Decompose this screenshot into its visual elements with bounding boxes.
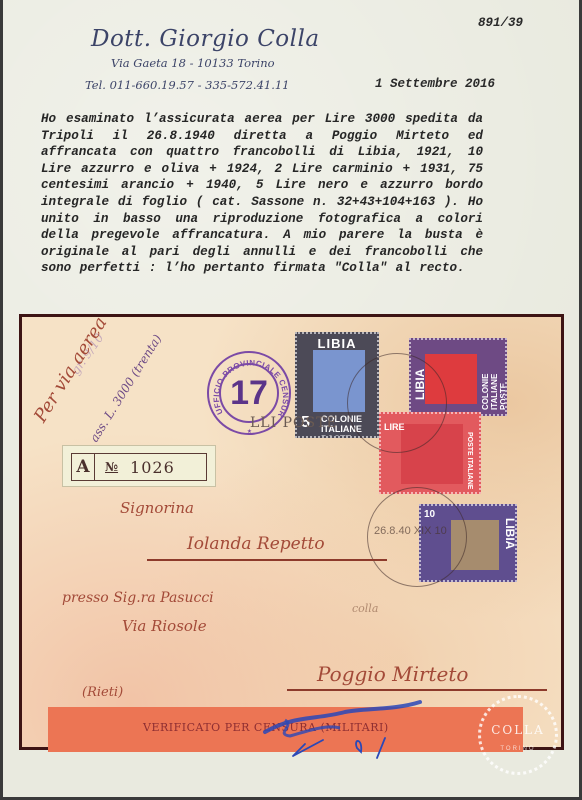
- expert-signature: [255, 690, 455, 790]
- registration-label: A № 1026: [62, 445, 216, 487]
- registration-letter: A: [72, 454, 95, 480]
- recipient-name: Iolanda Repetto: [187, 534, 325, 554]
- street: Via Riosole: [122, 617, 207, 635]
- salutation: Signorina: [120, 499, 194, 517]
- censor-number: 17: [219, 363, 279, 423]
- certificate-text: Ho esaminato l’assicurata aerea per Lire…: [41, 111, 483, 277]
- city: Poggio Mirteto: [317, 662, 468, 686]
- service-note: Per via aerea: [30, 314, 111, 426]
- postmark-lower: [367, 487, 467, 587]
- province: (Rieti): [82, 685, 123, 700]
- certificate-date: 1 Settembre 2016: [375, 77, 495, 91]
- sheet-margin-text: LLI POSTE: [250, 415, 338, 431]
- cover-photograph: gr. 9/10 Per via aerea ass. L. 3000 (tre…: [19, 314, 564, 750]
- registration-number: 1026: [130, 458, 175, 477]
- certificate-number: 891/39: [478, 16, 523, 30]
- number-symbol: №: [105, 460, 118, 474]
- expert-name: Dott. Giorgio Colla: [91, 26, 320, 52]
- expert-address: Via Gaeta 18 - 10133 Torino: [111, 56, 275, 70]
- pencil-signature: colla: [352, 602, 378, 615]
- recipient-underline: [147, 559, 387, 561]
- postmark-date: 26.8.40 XIX 10: [374, 525, 447, 537]
- emboss-seal: COLLA TORINO: [478, 695, 558, 775]
- expert-phone: Tel. 011-660.19.57 - 335-572.41.11: [85, 78, 290, 92]
- care-of: presso Sig.ra Pasucci: [62, 590, 214, 606]
- postmark-upper: [347, 353, 447, 453]
